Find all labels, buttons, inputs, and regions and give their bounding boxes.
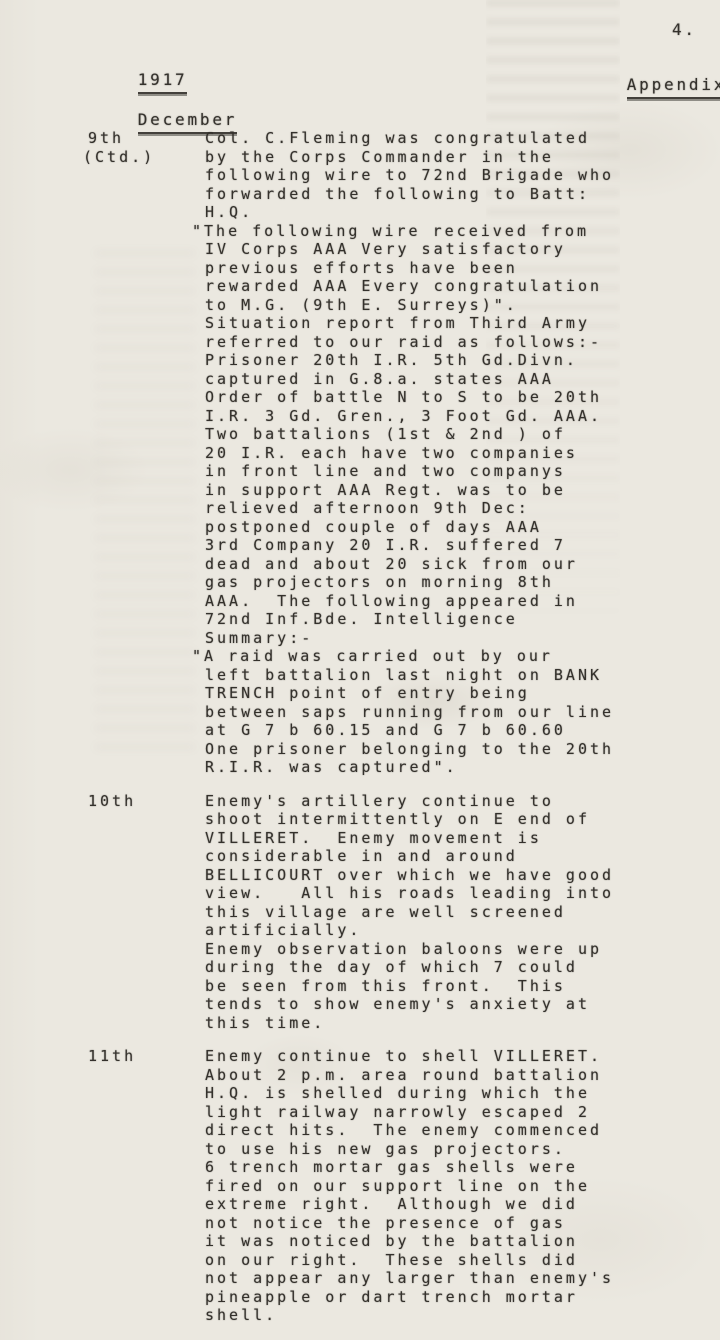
entry-line: Situation report from Third Army <box>205 314 668 333</box>
entry-line: fired on our support line on the <box>205 1177 668 1196</box>
entry-date: 11th <box>88 1047 136 1066</box>
diary-entry: 9th(Ctd.)Col. C.Fleming was congratulate… <box>88 129 668 777</box>
entry-line: postponed couple of days AAA <box>205 518 668 537</box>
page-number: 4. <box>672 20 697 40</box>
diary-entry: 11thEnemy continue to shell VILLERET.Abo… <box>88 1047 668 1325</box>
entry-line: Prisoner 20th I.R. 5th Gd.Divn. <box>205 351 668 370</box>
entry-line: 20 I.R. each have two companies <box>205 444 668 463</box>
entry-line: shoot intermittently on E end of <box>205 810 668 829</box>
appendix-text: Appendix. <box>627 75 720 99</box>
entry-line: relieved afternoon 9th Dec: <box>205 499 668 518</box>
entry-line: pineapple or dart trench mortar <box>205 1288 668 1307</box>
entry-line: between saps running from our line <box>205 703 668 722</box>
entry-text: Col. C.Fleming was congratulatedby the C… <box>205 129 668 777</box>
entry-line: not appear any larger than enemy's <box>205 1269 668 1288</box>
entry-line: previous efforts have been <box>205 259 668 278</box>
entry-line: H.Q. is shelled during which the <box>205 1084 668 1103</box>
entry-line: this time. <box>205 1014 668 1033</box>
entry-line: not notice the presence of gas <box>205 1214 668 1233</box>
entry-line: 3rd Company 20 I.R. suffered 7 <box>205 536 668 555</box>
entry-line: VILLERET. Enemy movement is <box>205 829 668 848</box>
entry-line: Enemy's artillery continue to <box>205 792 668 811</box>
entry-line: Enemy continue to shell VILLERET. <box>205 1047 668 1066</box>
entry-line: Summary:- <box>205 629 668 648</box>
entry-line: BELLICOURT over which we have good <box>205 866 668 885</box>
entry-date-label: 11th <box>88 1047 136 1066</box>
entry-line: light railway narrowly escaped 2 <box>205 1103 668 1122</box>
entry-line: by the Corps Commander in the <box>205 148 668 167</box>
entry-line: About 2 p.m. area round battalion <box>205 1066 668 1085</box>
entry-line: to M.G. (9th E. Surreys)". <box>205 296 668 315</box>
entry-line: TRENCH point of entry being <box>205 684 668 703</box>
entry-line: One prisoner belonging to the 20th <box>205 740 668 759</box>
entry-line: following wire to 72nd Brigade who <box>205 166 668 185</box>
entry-line: in support AAA Regt. was to be <box>205 481 668 500</box>
entry-line: 72nd Inf.Bde. Intelligence <box>205 610 668 629</box>
document-page: 4. 1917 Appendix. December 9th(Ctd.)Col.… <box>0 0 720 1340</box>
entry-line: Two battalions (1st & 2nd ) of <box>205 425 668 444</box>
entry-date: 9th <box>88 129 155 148</box>
entry-line: to use his new gas projectors. <box>205 1140 668 1159</box>
entry-line: artificially. <box>205 921 668 940</box>
entry-line: forwarded the following to Batt: <box>205 185 668 204</box>
entry-line: this village are well screened <box>205 903 668 922</box>
entry-line: H.Q. <box>205 203 668 222</box>
entry-line: I.R. 3 Gd. Gren., 3 Foot Gd. AAA. <box>205 407 668 426</box>
entry-line: Col. C.Fleming was congratulated <box>205 129 668 148</box>
entry-line: R.I.R. was captured". <box>205 758 668 777</box>
appendix-heading: Appendix. <box>577 55 720 119</box>
entry-line: on our right. These shells did <box>205 1251 668 1270</box>
entry-line: extreme right. Although we did <box>205 1195 668 1214</box>
entry-line: direct hits. The enemy commenced <box>205 1121 668 1140</box>
entry-line: "The following wire received from <box>205 222 668 241</box>
entry-date-note: (Ctd.) <box>83 148 155 167</box>
entry-line: at G 7 b 60.15 and G 7 b 60.60 <box>205 721 668 740</box>
entry-line: captured in G.8.a. states AAA <box>205 370 668 389</box>
entry-text: Enemy's artillery continue toshoot inter… <box>205 792 668 1033</box>
entry-line: AAA. The following appeared in <box>205 592 668 611</box>
diary-entries: 9th(Ctd.)Col. C.Fleming was congratulate… <box>88 129 668 1340</box>
entry-line: 6 trench mortar gas shells were <box>205 1158 668 1177</box>
entry-line: gas projectors on morning 8th <box>205 573 668 592</box>
entry-text: Enemy continue to shell VILLERET.About 2… <box>205 1047 668 1325</box>
entry-line: "A raid was carried out by our <box>205 647 668 666</box>
entry-line: dead and about 20 sick from our <box>205 555 668 574</box>
entry-date-label: 9th(Ctd.) <box>88 129 155 166</box>
entry-line: considerable in and around <box>205 847 668 866</box>
entry-line: Enemy observation baloons were up <box>205 940 668 959</box>
entry-line: view. All his roads leading into <box>205 884 668 903</box>
diary-entry: 10thEnemy's artillery continue toshoot i… <box>88 792 668 1033</box>
entry-line: be seen from this front. This <box>205 977 668 996</box>
entry-line: tends to show enemy's anxiety at <box>205 995 668 1014</box>
entry-line: in front line and two companys <box>205 462 668 481</box>
entry-line: left battalion last night on BANK <box>205 666 668 685</box>
entry-line: shell. <box>205 1306 668 1325</box>
entry-line: during the day of which 7 could <box>205 958 668 977</box>
entry-date-label: 10th <box>88 792 136 811</box>
entry-line: IV Corps AAA Very satisfactory <box>205 240 668 259</box>
entry-line: referred to our raid as follows:- <box>205 333 668 352</box>
entry-line: Order of battle N to S to be 20th <box>205 388 668 407</box>
entry-date: 10th <box>88 792 136 811</box>
entry-line: it was noticed by the battalion <box>205 1232 668 1251</box>
entry-line: rewarded AAA Every congratulation <box>205 277 668 296</box>
